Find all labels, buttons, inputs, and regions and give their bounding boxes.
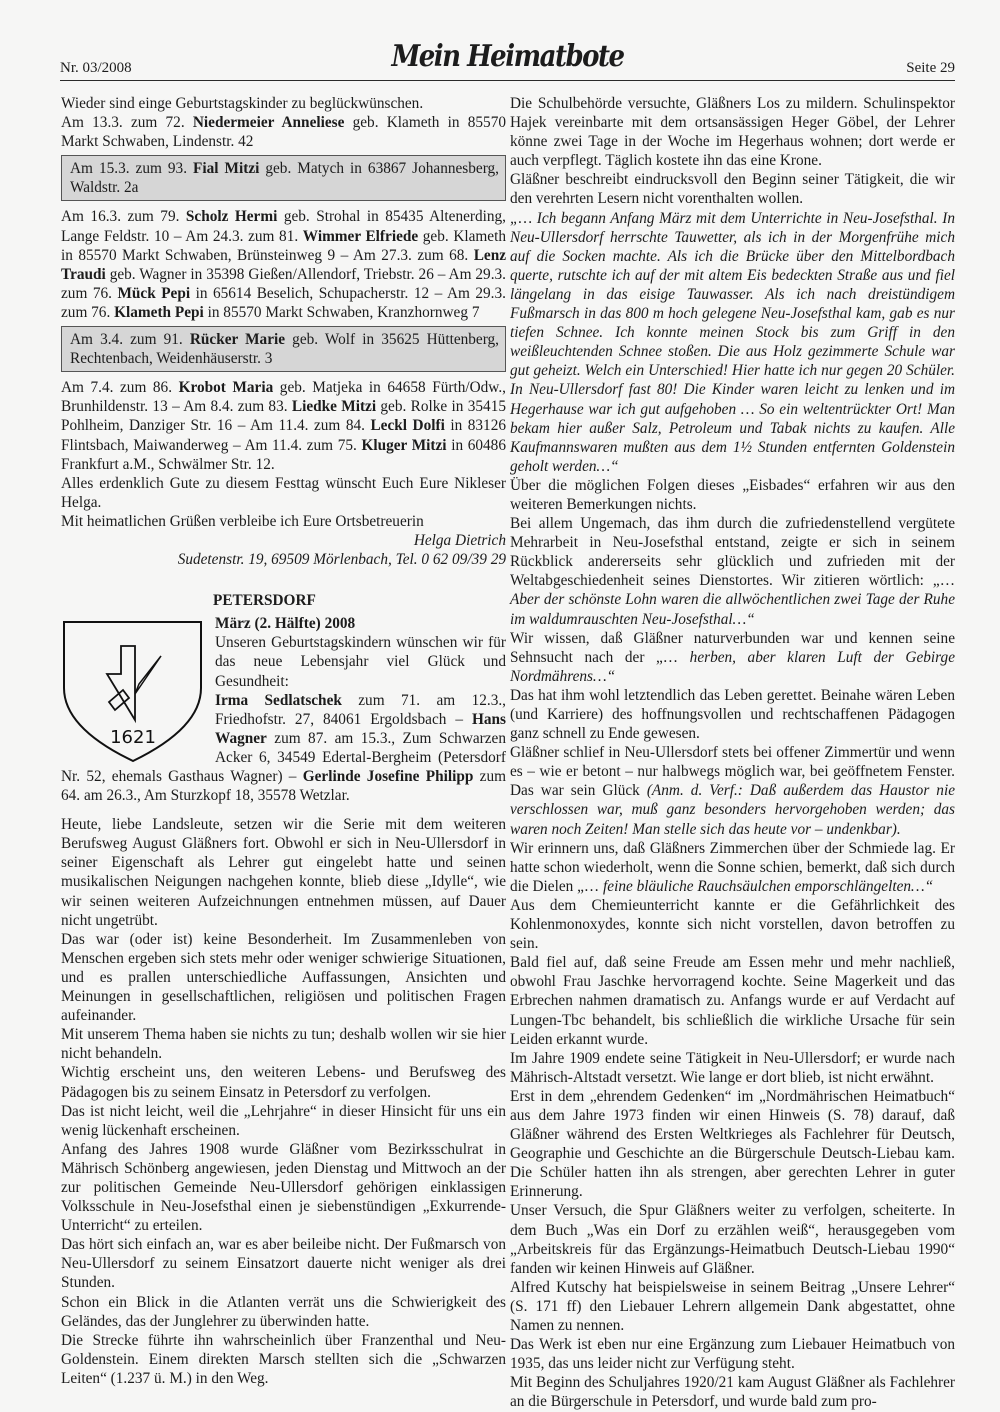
article-paragraph: Alfred Kutschy hat beispielsweise in sei…: [510, 1278, 955, 1335]
svg-text:1621: 1621: [110, 727, 156, 748]
article-paragraph: Mit Beginn des Schuljahres 1920/21 kam A…: [510, 1373, 955, 1411]
article-paragraph: Über die möglichen Folgen dieses „Eisbad…: [510, 476, 955, 514]
page-header: Nr. 03/2008 Mein Heimatbote Seite 29: [60, 40, 955, 81]
article-paragraph: Erst in dem „ehrendem Gedenken“ im „Nord…: [510, 1087, 955, 1202]
greeting-text: Mit heimatlichen Grüßen verbleibe ich Eu…: [61, 512, 506, 531]
article-paragraph: Das ist nicht leicht, weil die „Lehrjahr…: [61, 1102, 506, 1140]
article-paragraph: Heute, liebe Landsleute, setzen wir die …: [61, 815, 506, 930]
issue-number: Nr. 03/2008: [60, 60, 132, 77]
intro-text: Wieder sind einge Geburtstagskinder zu b…: [61, 94, 506, 113]
article-paragraph: Wichtig erscheint uns, den weiteren Lebe…: [61, 1063, 506, 1101]
article-paragraph: Anfang des Jahres 1908 wurde Gläßner vom…: [61, 1140, 506, 1235]
wishes-text: Alles erdenklich Gute zu diesem Festtag …: [61, 474, 506, 512]
coat-of-arms-icon: 1621: [61, 618, 207, 764]
article-paragraph: Die Strecke führte ihn wahrscheinlich üb…: [61, 1331, 506, 1388]
signature-name: Helga Dietrich: [61, 531, 506, 550]
article-paragraph: Bei allem Ungemach, das ihm durch die zu…: [510, 514, 955, 629]
birthday-entry: Am 13.3. zum 72. Niedermeier Anneliese g…: [61, 113, 506, 151]
right-column: Die Schulbehörde versuchte, Gläßners Los…: [510, 94, 955, 1411]
article-paragraph: Bald fiel auf, daß seine Freude am Essen…: [510, 953, 955, 1048]
article-paragraph: Das Werk ist eben nur eine Ergänzung zum…: [510, 1335, 955, 1373]
article-paragraph: Wir wissen, daß Gläßner naturverbunden w…: [510, 629, 955, 686]
article-paragraph: Gläßner schlief in Neu-Ullersdorf stets …: [510, 743, 955, 838]
article-paragraph: Schon ein Blick in die Atlanten verrät u…: [61, 1293, 506, 1331]
page-number: Seite 29: [906, 60, 955, 77]
article-paragraph: Mit unserem Thema haben sie nichts zu tu…: [61, 1025, 506, 1063]
article-paragraph: Unser Versuch, die Spur Gläßners weiter …: [510, 1201, 955, 1277]
left-column: Wieder sind einge Geburtstagskinder zu b…: [61, 94, 506, 1388]
masthead-logo: Mein Heimatbote: [391, 40, 623, 75]
article-paragraph: Das hört sich einfach an, war es aber be…: [61, 1235, 506, 1292]
article-paragraph: Die Schulbehörde versuchte, Gläßners Los…: [510, 94, 955, 170]
highlight-box: Am 15.3. zum 93. Fial Mitzi geb. Matych …: [61, 155, 506, 201]
article-paragraph: Das hat ihm wohl letztendlich das Leben …: [510, 686, 955, 743]
highlight-box: Am 3.4. zum 91. Rücker Marie geb. Wolf i…: [61, 326, 506, 372]
petersdorf-section: 1621 März (2. Hälfte) 2008 Unseren Gebur…: [61, 614, 506, 805]
section-title: PETERSDORF: [213, 591, 506, 610]
article-paragraph: Das war (oder ist) keine Besonderheit. I…: [61, 930, 506, 1025]
birthday-entries: Am 16.3. zum 79. Scholz Hermi geb. Stroh…: [61, 207, 506, 322]
article-paragraph: Aus dem Chemieunterricht kannte er die G…: [510, 896, 955, 953]
article-paragraph: Wir erinnern uns, daß Gläßners Zimmerche…: [510, 839, 955, 896]
article-paragraph: Gläßner beschreibt eindrucksvoll den Beg…: [510, 170, 955, 208]
birthday-entries: Am 7.4. zum 86. Krobot Maria geb. Matjek…: [61, 378, 506, 473]
signature-address: Sudetenstr. 19, 69509 Mörlenbach, Tel. 0…: [61, 550, 506, 569]
quote-paragraph: „… Ich begann Anfang März mit dem Unterr…: [510, 209, 955, 476]
article-paragraph: Im Jahre 1909 endete seine Tätigkeit in …: [510, 1049, 955, 1087]
